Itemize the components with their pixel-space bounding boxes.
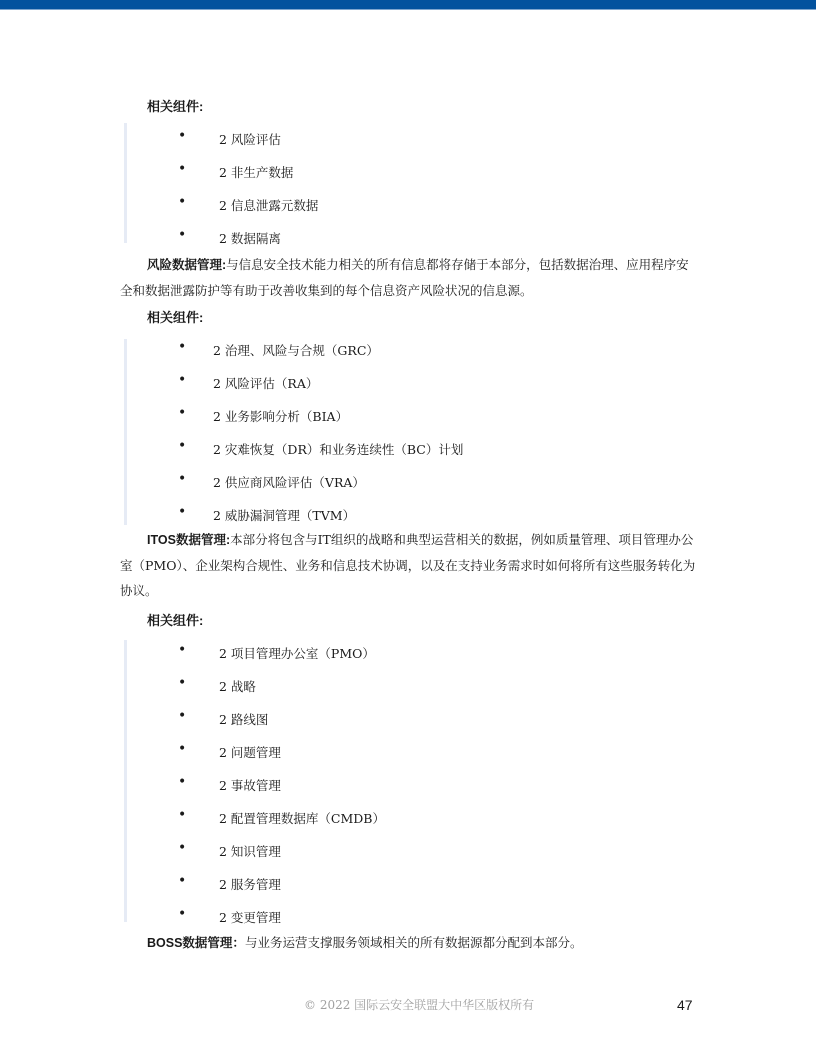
list-item: 2 服务管理 [219,875,281,893]
components-label: 相关组件: [147,96,203,115]
bullet-icon: • [178,708,186,724]
header-band-line [0,9,816,10]
section-body: 与业务运营支撑服务领域相关的所有数据源都分配到本部分。 [245,935,583,950]
list-item: 2 项目管理办公室（PMO） [219,644,375,662]
bullet-icon: • [178,873,186,889]
bullet-icon: • [178,339,186,355]
bullet-icon: • [178,840,186,856]
bullet-icon: • [178,438,186,454]
boss-data-paragraph: BOSS数据管理：与业务运营支撑服务领域相关的所有数据源都分配到本部分。 [120,930,700,956]
bullet-icon: • [178,741,186,757]
bullet-icon: • [178,128,186,144]
list-item: 2 配置管理数据库（CMDB） [219,809,385,827]
list-item: 2 路线图 [219,710,268,728]
section-title: 风险数据管理: [147,258,226,272]
bullet-icon: • [178,774,186,790]
risk-data-paragraph: 风险数据管理:与信息安全技术能力相关的所有信息都将存储于本部分，包括数据治理、应… [120,252,700,303]
section-title: ITOS数据管理: [147,533,230,547]
list-item: 2 风险评估 [219,130,281,148]
components-label: 相关组件: [147,610,203,629]
section-title: BOSS数据管理： [147,936,245,950]
bullet-icon: • [178,675,186,691]
components-label: 相关组件: [147,307,203,326]
list-item: 2 知识管理 [219,842,281,860]
bullet-icon: • [178,227,186,243]
bullet-icon: • [178,807,186,823]
bullet-icon: • [178,372,186,388]
bullet-icon: • [178,194,186,210]
list-item: 2 问题管理 [219,743,281,761]
quote-bar [124,123,127,243]
page-number: 47 [677,997,693,1013]
list-item: 2 威胁漏洞管理（TVM） [213,506,355,524]
list-item: 2 风险评估（RA） [213,374,318,392]
quote-bar [124,640,127,922]
bullet-icon: • [178,642,186,658]
header-band [0,0,816,9]
list-item: 2 供应商风险评估（VRA） [213,473,365,491]
list-item: 2 业务影响分析（BIA） [213,407,348,425]
list-item: 2 灾难恢复（DR）和业务连续性（BC）计划 [213,440,463,458]
list-item: 2 战略 [219,677,256,695]
bullet-icon: • [178,161,186,177]
itos-data-paragraph: ITOS数据管理:本部分将包含与IT组织的战略和典型运营相关的数据，例如质量管理… [120,527,700,603]
list-item: 2 信息泄露元数据 [219,196,318,214]
footer-copyright: © 2022 国际云安全联盟大中华区版权所有 [304,996,534,1013]
bullet-icon: • [178,405,186,421]
list-item: 2 非生产数据 [219,163,293,181]
quote-bar [124,339,127,525]
bullet-icon: • [178,471,186,487]
bullet-icon: • [178,906,186,922]
list-item: 2 治理、风险与合规（GRC） [213,341,379,359]
bullet-icon: • [178,504,186,520]
list-item: 2 变更管理 [219,908,281,926]
list-item: 2 事故管理 [219,776,281,794]
list-item: 2 数据隔离 [219,229,281,247]
